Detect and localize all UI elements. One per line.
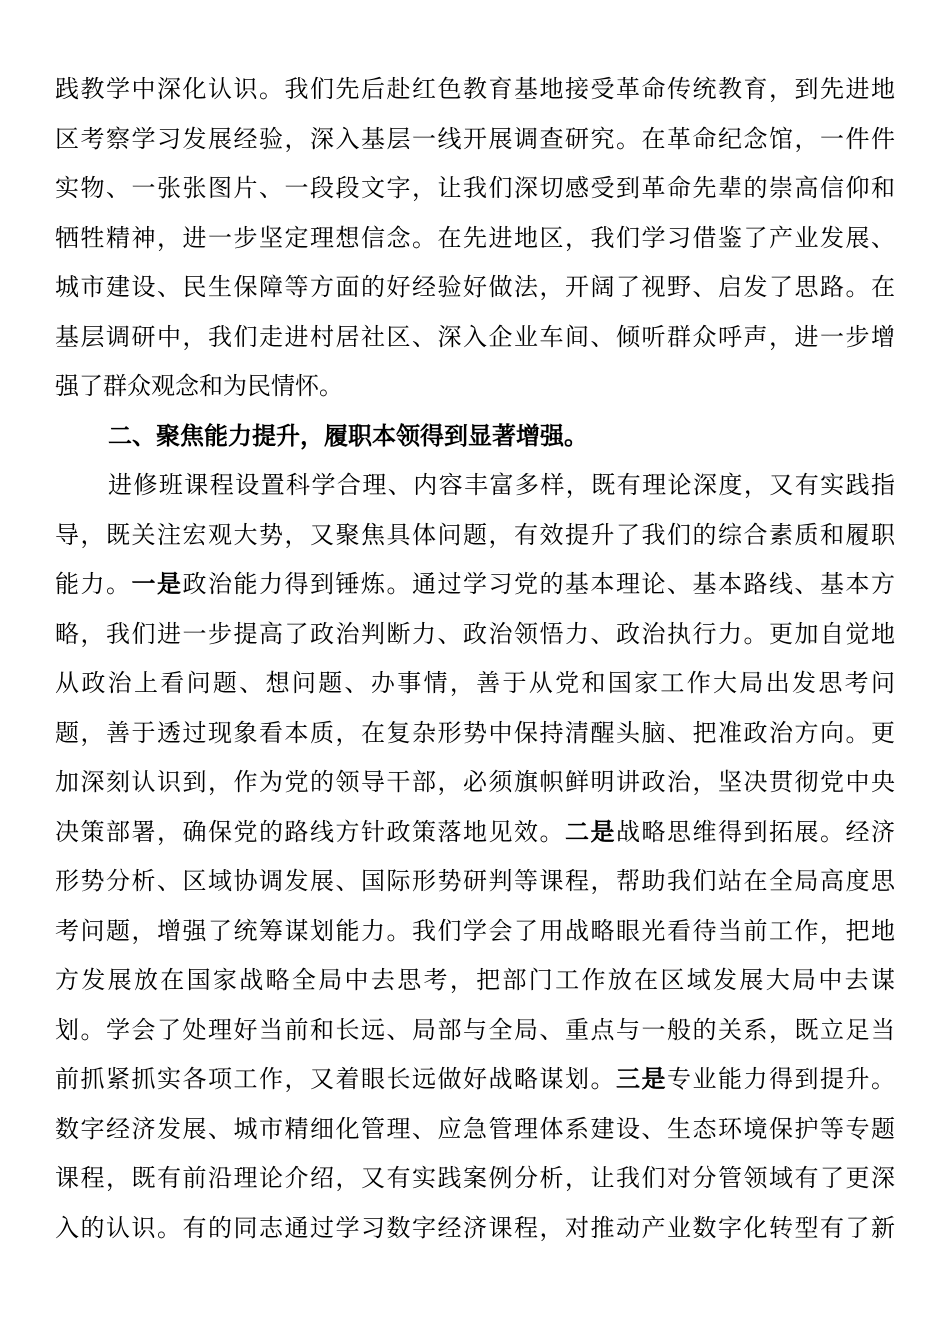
body-text: 题，善于透过现象看本质，在复杂形势中保持清醒头脑、把准政治方向。更 <box>55 720 895 747</box>
body-text: 政治能力得到锤炼。通过学习党的基本理论、基本路线、基本方 <box>183 571 896 598</box>
body-text: 能力。 <box>55 571 132 598</box>
document-page: 践教学中深化认识。我们先后赴红色教育基地接受革命传统教育，到先进地区考察学习发展… <box>0 0 950 1344</box>
text-line: 划。学会了处理好当前和长远、局部与全局、重点与一般的关系，既立足当 <box>55 1006 895 1056</box>
body-text: 考问题，增强了统筹谋划能力。我们学会了用战略眼光看待当前工作，把地 <box>55 918 895 945</box>
body-text: 导，既关注宏观大势，又聚焦具体问题，有效提升了我们的综合素质和履职 <box>55 522 895 549</box>
text-line: 入的认识。有的同志通过学习数字经济课程，对推动产业数字化转型有了新 <box>55 1204 895 1254</box>
body-text: 区考察学习发展经验，深入基层一线开展调查研究。在革命纪念馆，一件件 <box>55 126 895 153</box>
text-line: 从政治上看问题、想问题、办事情，善于从党和国家工作大局出发思考问 <box>55 659 895 709</box>
text-line: 决策部署，确保党的路线方针政策落地见效。二是战略思维得到拓展。经济 <box>55 808 895 858</box>
text-line: 区考察学习发展经验，深入基层一线开展调查研究。在革命纪念馆，一件件 <box>55 115 895 165</box>
body-text: 牺牲精神，进一步坚定理想信念。在先进地区，我们学习借鉴了产业发展、 <box>55 225 895 252</box>
emphasis-text: 三是 <box>616 1066 667 1093</box>
body-text: 实物、一张张图片、一段段文字，让我们深切感受到革命先辈的崇高信仰和 <box>55 175 895 202</box>
text-line: 导，既关注宏观大势，又聚焦具体问题，有效提升了我们的综合素质和履职 <box>55 511 895 561</box>
body-text: 形势分析、区域协调发展、国际形势研判等课程，帮助我们站在全局高度思 <box>55 868 895 895</box>
body-text: 决策部署，确保党的路线方针政策落地见效。 <box>55 819 565 846</box>
emphasis-text: 二是 <box>565 819 616 846</box>
emphasis-text: 一是 <box>132 571 183 598</box>
body-text: 方发展放在国家战略全局中去思考，把部门工作放在区域发展大局中去谋 <box>55 967 895 994</box>
body-text: 数字经济发展、城市精细化管理、应急管理体系建设、生态环境保护等专题 <box>55 1116 895 1143</box>
text-line: 牺牲精神，进一步坚定理想信念。在先进地区，我们学习借鉴了产业发展、 <box>55 214 895 264</box>
emphasis-text: 二、聚焦能力提升，履职本领得到显著增强。 <box>108 423 588 450</box>
text-line: 强了群众观念和为民情怀。 <box>55 362 895 412</box>
text-line: 能力。一是政治能力得到锤炼。通过学习党的基本理论、基本路线、基本方 <box>55 560 895 610</box>
text-line: 前抓紧抓实各项工作，又着眼长远做好战略谋划。三是专业能力得到提升。 <box>55 1055 895 1105</box>
text-line: 形势分析、区域协调发展、国际形势研判等课程，帮助我们站在全局高度思 <box>55 857 895 907</box>
body-text: 战略思维得到拓展。经济 <box>616 819 895 846</box>
text-line: 加深刻认识到，作为党的领导干部，必须旗帜鲜明讲政治，坚决贯彻党中央 <box>55 758 895 808</box>
text-line: 方发展放在国家战略全局中去思考，把部门工作放在区域发展大局中去谋 <box>55 956 895 1006</box>
body-text: 略，我们进一步提高了政治判断力、政治领悟力、政治执行力。更加自觉地 <box>55 621 895 648</box>
text-line: 基层调研中，我们走进村居社区、深入企业车间、倾听群众呼声，进一步增 <box>55 313 895 363</box>
body-text: 强了群众观念和为民情怀。 <box>55 373 343 400</box>
text-line: 实物、一张张图片、一段段文字，让我们深切感受到革命先辈的崇高信仰和 <box>55 164 895 214</box>
text-line: 课程，既有前沿理论介绍，又有实践案例分析，让我们对分管领域有了更深 <box>55 1154 895 1204</box>
section-heading: 二、聚焦能力提升，履职本领得到显著增强。 <box>55 412 895 462</box>
text-line: 数字经济发展、城市精细化管理、应急管理体系建设、生态环境保护等专题 <box>55 1105 895 1155</box>
body-text: 课程，既有前沿理论介绍，又有实践案例分析，让我们对分管领域有了更深 <box>55 1165 895 1192</box>
text-line: 考问题，增强了统筹谋划能力。我们学会了用战略眼光看待当前工作，把地 <box>55 907 895 957</box>
body-text: 进修班课程设置科学合理、内容丰富多样，既有理论深度，又有实践指 <box>108 472 895 499</box>
body-text: 从政治上看问题、想问题、办事情，善于从党和国家工作大局出发思考问 <box>55 670 895 697</box>
text-line: 题，善于透过现象看本质，在复杂形势中保持清醒头脑、把准政治方向。更 <box>55 709 895 759</box>
body-text: 入的认识。有的同志通过学习数字经济课程，对推动产业数字化转型有了新 <box>55 1215 895 1242</box>
body-text: 前抓紧抓实各项工作，又着眼长远做好战略谋划。 <box>55 1066 616 1093</box>
body-text: 加深刻认识到，作为党的领导干部，必须旗帜鲜明讲政治，坚决贯彻党中央 <box>55 769 895 796</box>
body-text: 划。学会了处理好当前和长远、局部与全局、重点与一般的关系，既立足当 <box>55 1017 895 1044</box>
text-line: 略，我们进一步提高了政治判断力、政治领悟力、政治执行力。更加自觉地 <box>55 610 895 660</box>
text-line: 城市建设、民生保障等方面的好经验好做法，开阔了视野、启发了思路。在 <box>55 263 895 313</box>
body-text: 城市建设、民生保障等方面的好经验好做法，开阔了视野、启发了思路。在 <box>55 274 895 301</box>
body-text: 专业能力得到提升。 <box>667 1066 895 1093</box>
document-body: 践教学中深化认识。我们先后赴红色教育基地接受革命传统教育，到先进地区考察学习发展… <box>55 65 895 1253</box>
body-text: 践教学中深化认识。我们先后赴红色教育基地接受革命传统教育，到先进地 <box>55 76 895 103</box>
body-text: 基层调研中，我们走进村居社区、深入企业车间、倾听群众呼声，进一步增 <box>55 324 895 351</box>
text-line: 践教学中深化认识。我们先后赴红色教育基地接受革命传统教育，到先进地 <box>55 65 895 115</box>
text-line: 进修班课程设置科学合理、内容丰富多样，既有理论深度，又有实践指 <box>55 461 895 511</box>
